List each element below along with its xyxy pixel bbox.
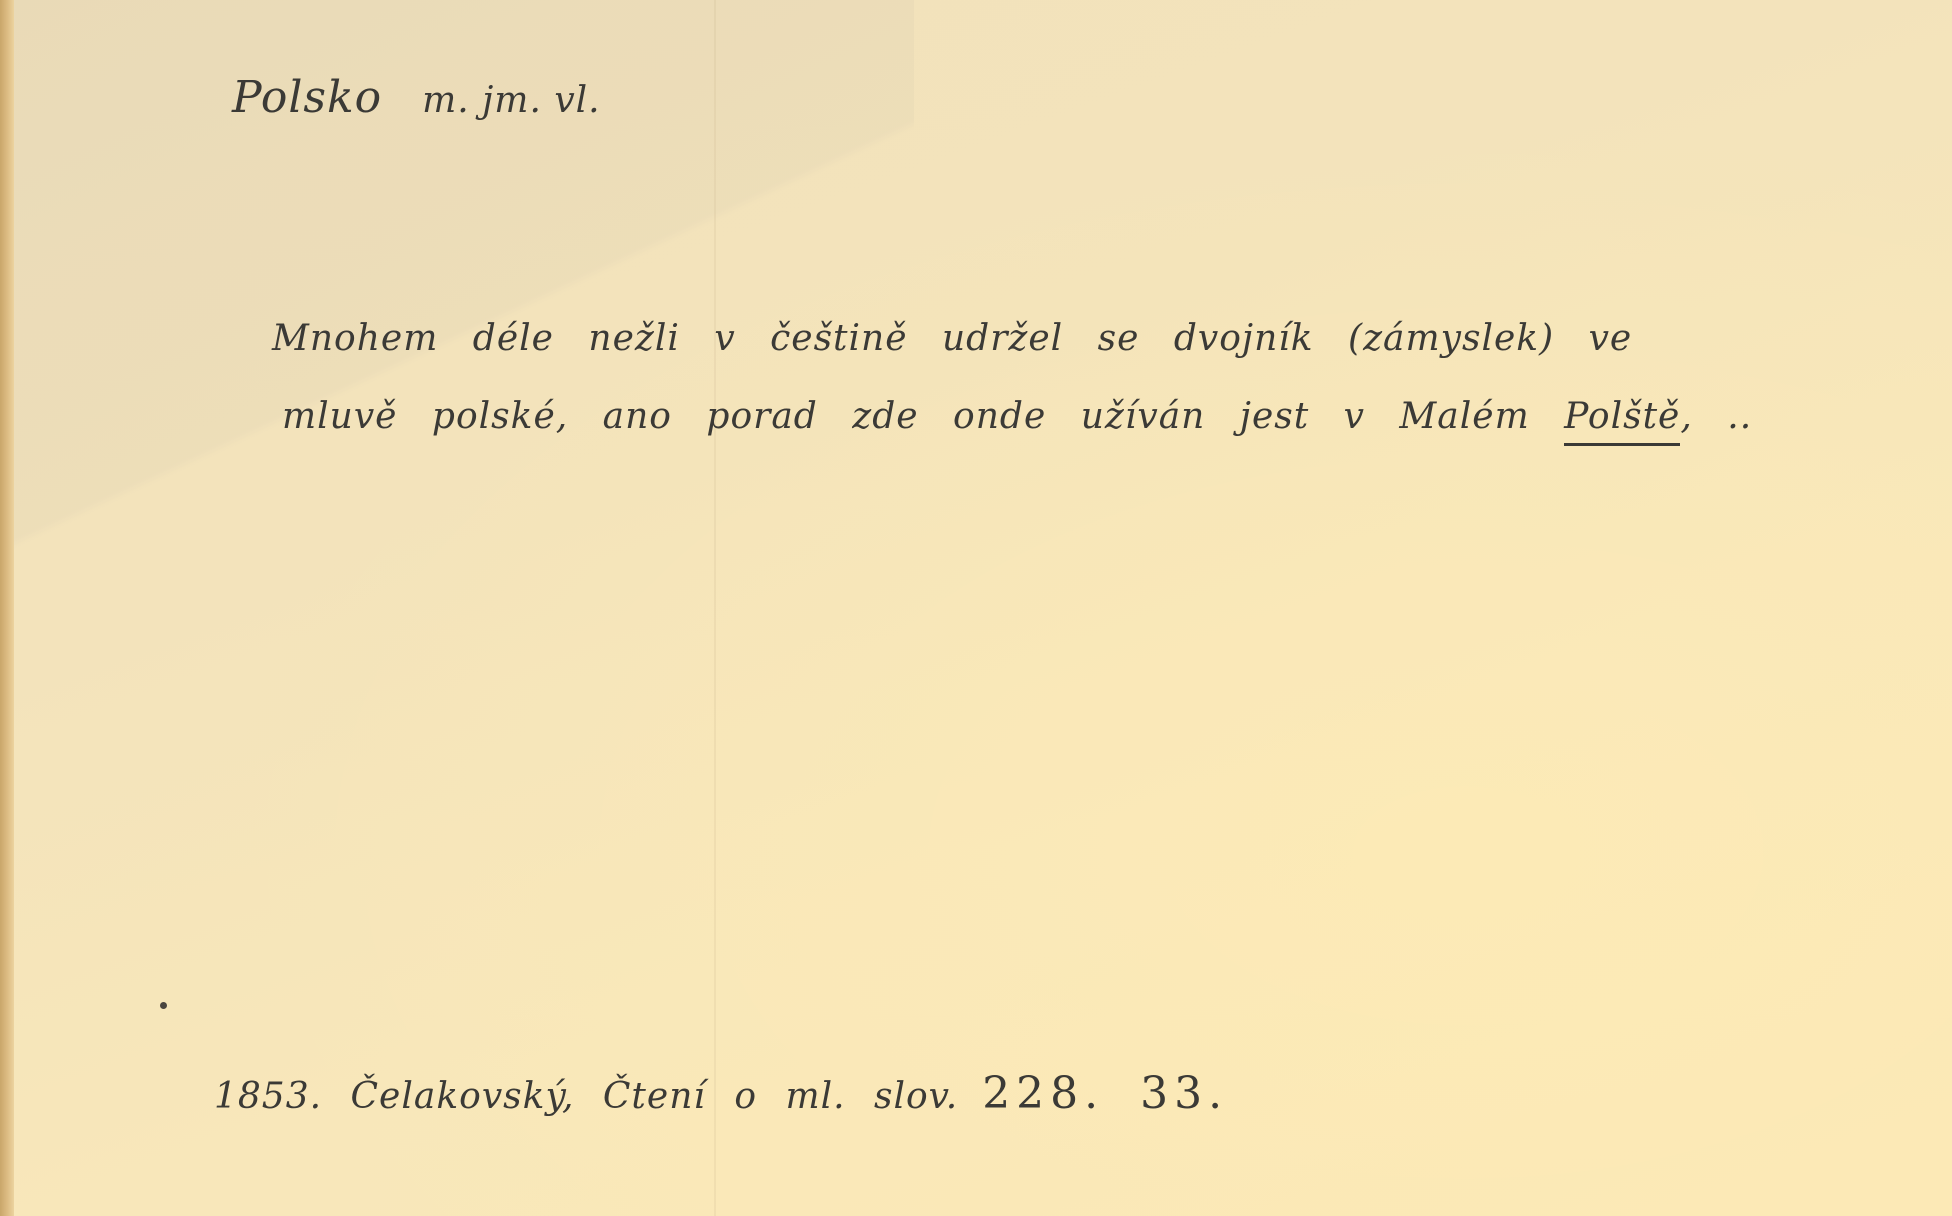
source-citation: 1853. Čelakovský, Čtení o ml. slov.228. …: [214, 1068, 1228, 1119]
citation-text: 1853. Čelakovský, Čtení o ml. slov.: [214, 1076, 958, 1117]
body-text-line-1: Mnohem déle nežli v češtině udržel se dv…: [272, 318, 1632, 359]
ink-dot: [160, 1002, 167, 1009]
body-line-2-text: mluvě polské, ano porad zde onde užíván …: [282, 396, 1530, 437]
card-header: Polskom. jm. vl.: [232, 72, 601, 123]
headword: Polsko: [232, 72, 382, 123]
paper-crease: [714, 0, 716, 1216]
body-text-line-2: mluvě polské, ano porad zde onde užíván …: [282, 396, 1752, 437]
grammar-label: m. jm. vl.: [422, 80, 601, 121]
underlined-term: Polště: [1564, 396, 1680, 446]
dictionary-card: Polskom. jm. vl. Mnohem déle nežli v češ…: [0, 0, 1952, 1216]
body-line-2-ending: , ..: [1680, 396, 1752, 437]
card-left-edge: [0, 0, 14, 1216]
page-reference: 228. 33.: [982, 1068, 1228, 1119]
